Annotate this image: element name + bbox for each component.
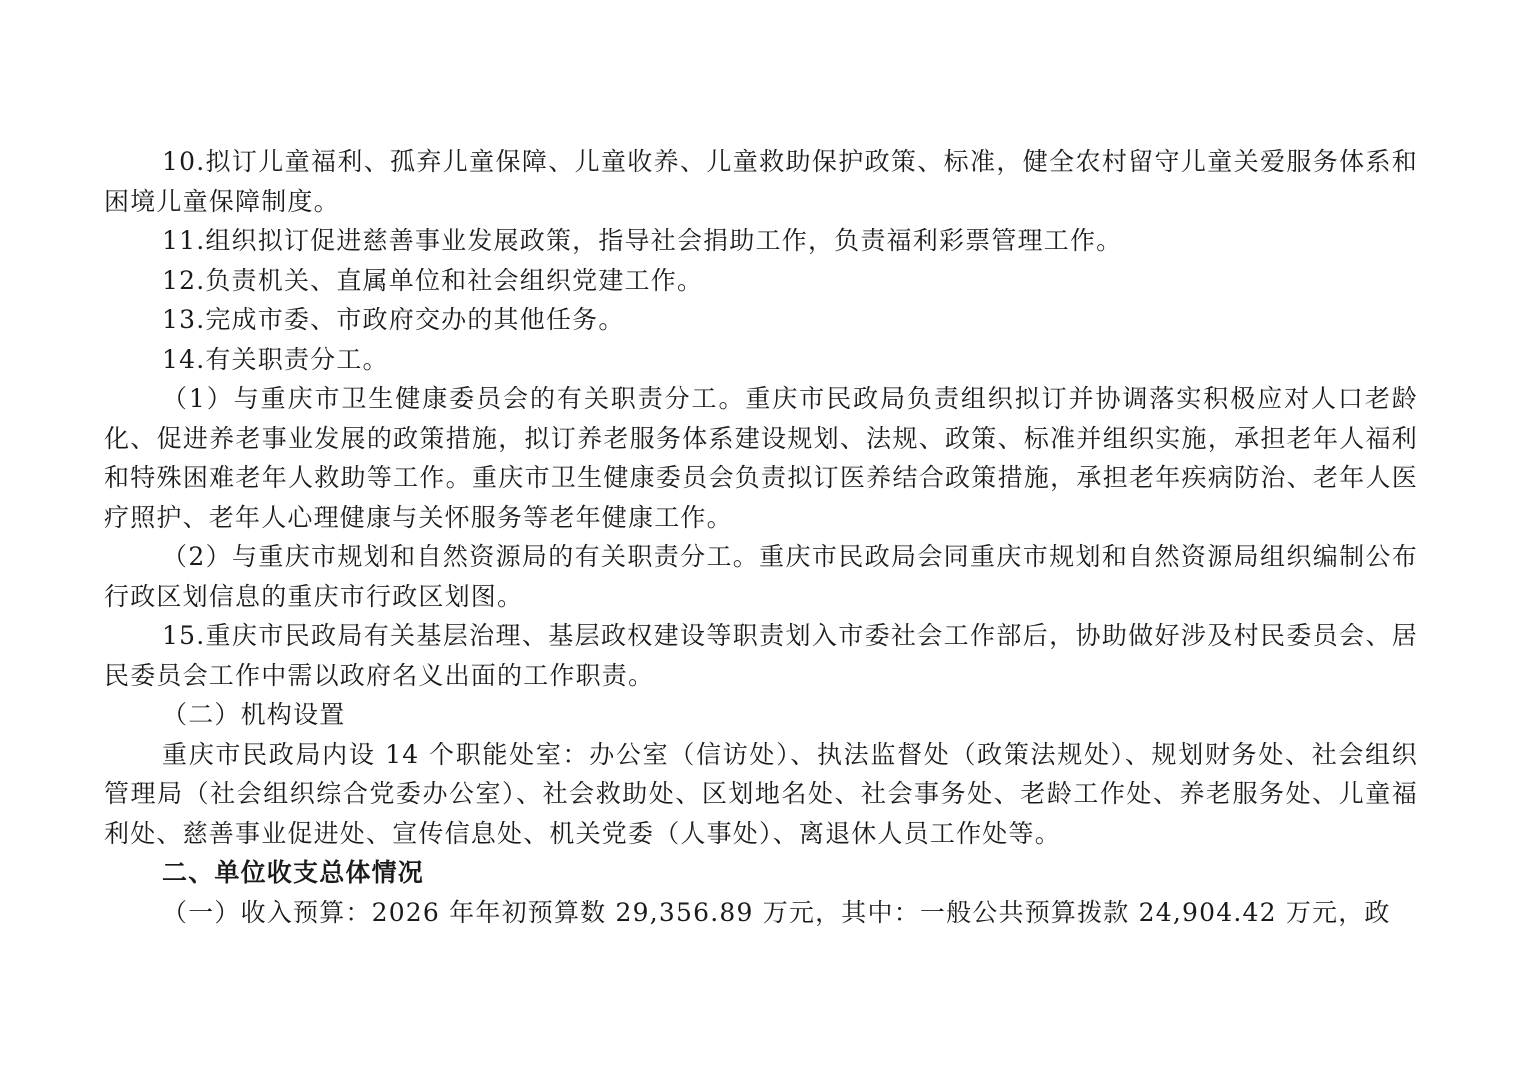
item-14: 14.有关职责分工。 [104, 340, 1418, 380]
subitem-14-1: （1）与重庆市卫生健康委员会的有关职责分工。重庆市民政局负责组织拟订并协调落实积… [104, 379, 1418, 537]
section-subheading-org-setup: （二）机构设置 [104, 695, 1418, 735]
item-12: 12.负责机关、直属单位和社会组织党建工作。 [104, 261, 1418, 301]
item-15: 15.重庆市民政局有关基层治理、基层政权建设等职责划入市委社会工作部后，协助做好… [104, 616, 1418, 695]
section-heading-income-expense: 二、单位收支总体情况 [104, 853, 1418, 893]
income-budget-body: （一）收入预算：2026 年年初预算数 29,356.89 万元，其中：一般公共… [104, 893, 1418, 933]
subitem-14-2: （2）与重庆市规划和自然资源局的有关职责分工。重庆市民政局会同重庆市规划和自然资… [104, 537, 1418, 616]
document-page: 10.拟订儿童福利、孤弃儿童保障、儿童收养、儿童救助保护政策、标准，健全农村留守… [104, 142, 1418, 932]
item-11: 11.组织拟订促进慈善事业发展政策，指导社会捐助工作，负责福利彩票管理工作。 [104, 221, 1418, 261]
item-10: 10.拟订儿童福利、孤弃儿童保障、儿童收养、儿童救助保护政策、标准，健全农村留守… [104, 142, 1418, 221]
item-13: 13.完成市委、市政府交办的其他任务。 [104, 300, 1418, 340]
org-setup-body: 重庆市民政局内设 14 个职能处室：办公室（信访处）、执法监督处（政策法规处）、… [104, 735, 1418, 854]
